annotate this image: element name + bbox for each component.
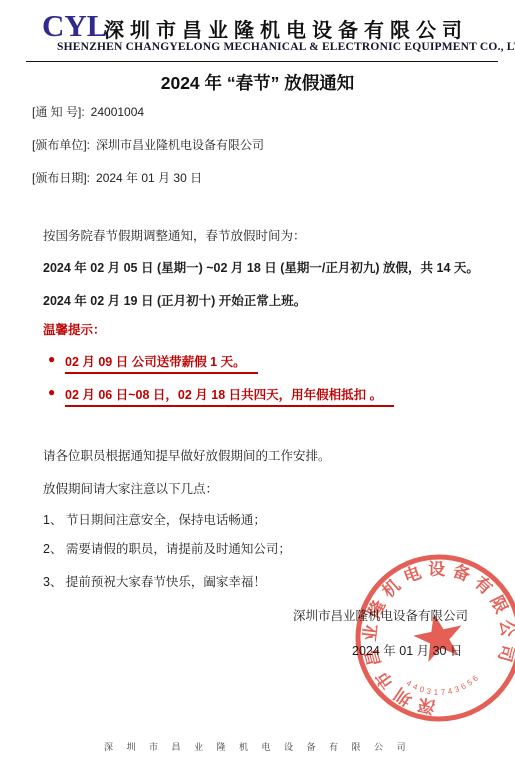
header-divider bbox=[26, 61, 498, 62]
seal-serial-number: 44031743656 bbox=[403, 664, 484, 705]
bullet-icon: ● bbox=[48, 385, 55, 399]
notes-heading: 放假期间请大家注意以下几点： bbox=[43, 479, 218, 497]
footer-company-name: 深 圳 市 昌 业 隆 机 电 设 备 有 限 公 司 bbox=[0, 740, 515, 753]
company-logo: CYL bbox=[42, 8, 107, 44]
notice-number-line: [通 知 号]:24001004 bbox=[32, 103, 144, 120]
intro-paragraph: 按国务院春节假期调整通知，春节放假时间为： bbox=[43, 226, 306, 244]
note-item-1: 1、 节日期间注意安全，保持电话畅通； bbox=[43, 510, 266, 528]
seal-circle-text: 深圳市昌业隆机电设备有限公司 bbox=[346, 544, 515, 729]
notice-number-label: [通 知 号]: bbox=[32, 105, 85, 119]
holiday-dates-line: 2024 年 02 月 05 日 (星期一) ~02 月 18 日 (星期一/正… bbox=[43, 258, 479, 276]
bullet-icon: ● bbox=[48, 352, 55, 366]
issuer-label: [颁布单位]: bbox=[32, 138, 90, 152]
signature-company: 深圳市昌业隆机电设备有限公司 bbox=[293, 606, 468, 624]
tip-item-2: ● 02 月 06 日~08 日，02 月 18 日共四天，用年假相抵扣 。 bbox=[44, 385, 394, 407]
signature-date: 2024 年 01 月 30 日 bbox=[352, 641, 462, 659]
company-seal-stamp: 深圳市昌业隆机电设备有限公司 44031743656 bbox=[336, 535, 515, 741]
document-title: 2024 年 “春节” 放假通知 bbox=[0, 70, 515, 95]
holiday-notice-document: CYL 深圳市昌业隆机电设备有限公司 SHENZHEN CHANGYELONG … bbox=[0, 0, 515, 762]
issuer-value: 深圳市昌业隆机电设备有限公司 bbox=[96, 138, 264, 152]
issuer-line: [颁布单位]:深圳市昌业隆机电设备有限公司 bbox=[32, 136, 264, 153]
tip-item-2-text: 02 月 06 日~08 日，02 月 18 日共四天，用年假相抵扣 。 bbox=[65, 385, 394, 407]
note-item-2: 2、 需要请假的职员，请提前及时通知公司； bbox=[43, 539, 291, 557]
issue-date-line: [颁布日期]:2024 年 01 月 30 日 bbox=[32, 169, 202, 186]
company-name-english: SHENZHEN CHANGYELONG MECHANICAL & ELECTR… bbox=[57, 41, 515, 53]
company-name-chinese: 深圳市昌业隆机电设备有限公司 bbox=[104, 14, 468, 43]
svg-text:深圳市昌业隆机电设备有限公司: 深圳市昌业隆机电设备有限公司 bbox=[346, 544, 515, 729]
issue-date-label: [颁布日期]: bbox=[32, 171, 90, 185]
tips-heading: 温馨提示： bbox=[43, 320, 106, 338]
issue-date-value: 2024 年 01 月 30 日 bbox=[96, 171, 202, 185]
arrangement-paragraph: 请各位职员根据通知提早做好放假期间的工作安排。 bbox=[43, 446, 331, 464]
return-to-work-line: 2024 年 02 月 19 日 (正月初十) 开始正常上班。 bbox=[43, 291, 306, 309]
tip-item-1: ● 02 月 09 日 公司送带薪假 1 天。 bbox=[44, 352, 258, 374]
notice-number-value: 24001004 bbox=[91, 105, 144, 119]
tip-item-1-text: 02 月 09 日 公司送带薪假 1 天。 bbox=[65, 352, 258, 374]
seal-outer-ring bbox=[343, 542, 515, 734]
note-item-3: 3、 提前预祝大家春节快乐，阖家幸福！ bbox=[43, 572, 266, 590]
svg-text:44031743656: 44031743656 bbox=[403, 664, 484, 705]
